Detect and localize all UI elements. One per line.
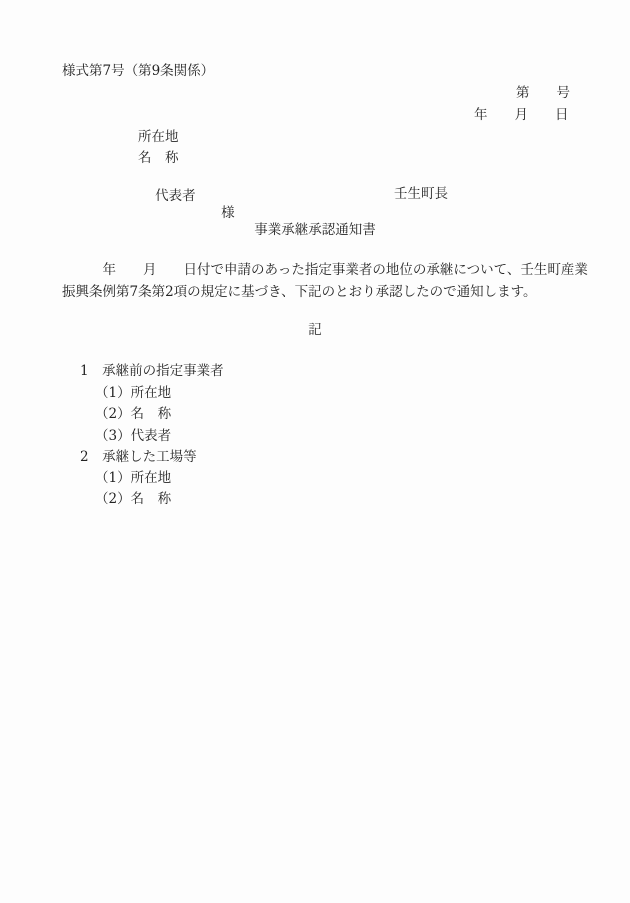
date-blank-line: 年 月 日 xyxy=(474,107,569,124)
recipient-honorific: 様 xyxy=(221,205,235,221)
list-item-2-sub-name: （2）名 称 xyxy=(95,491,171,508)
list-item-1: 1 承継前の指定事業者 xyxy=(80,363,224,380)
list-item-1-sub-address: （1）所在地 xyxy=(95,385,171,402)
document-number-blank: 第 号 xyxy=(516,85,570,102)
document-page: 様式第7号（第9条関係） 第 号 年 月 日 所在地 名 称 代表者 様 壬生町… xyxy=(0,0,630,903)
ki-marker: 記 xyxy=(0,322,630,339)
list-item-2-sub-address: （1）所在地 xyxy=(95,470,171,487)
recipient-address-label: 所在地 xyxy=(138,129,179,146)
list-item-2: 2 承継した工場等 xyxy=(80,449,197,466)
body-paragraph-line-2: 振興条例第7条第2項の規定に基づき、下記のとおり承認したので通知します。 xyxy=(62,284,537,301)
form-number: 様式第7号（第9条関係） xyxy=(62,63,214,80)
sender-mayor-title: 壬生町長 xyxy=(394,186,448,203)
body-paragraph-line-1: 年 月 日付で申請のあった指定事業者の地位の承継について、壬生町産業 xyxy=(62,262,588,279)
list-item-1-sub-name: （2）名 称 xyxy=(95,406,171,423)
recipient-name-label: 名 称 xyxy=(138,150,179,167)
list-item-1-sub-representative: （3）代表者 xyxy=(95,428,171,445)
recipient-representative-label: 代表者 xyxy=(155,188,196,204)
document-title: 事業承継承認通知書 xyxy=(0,222,630,239)
